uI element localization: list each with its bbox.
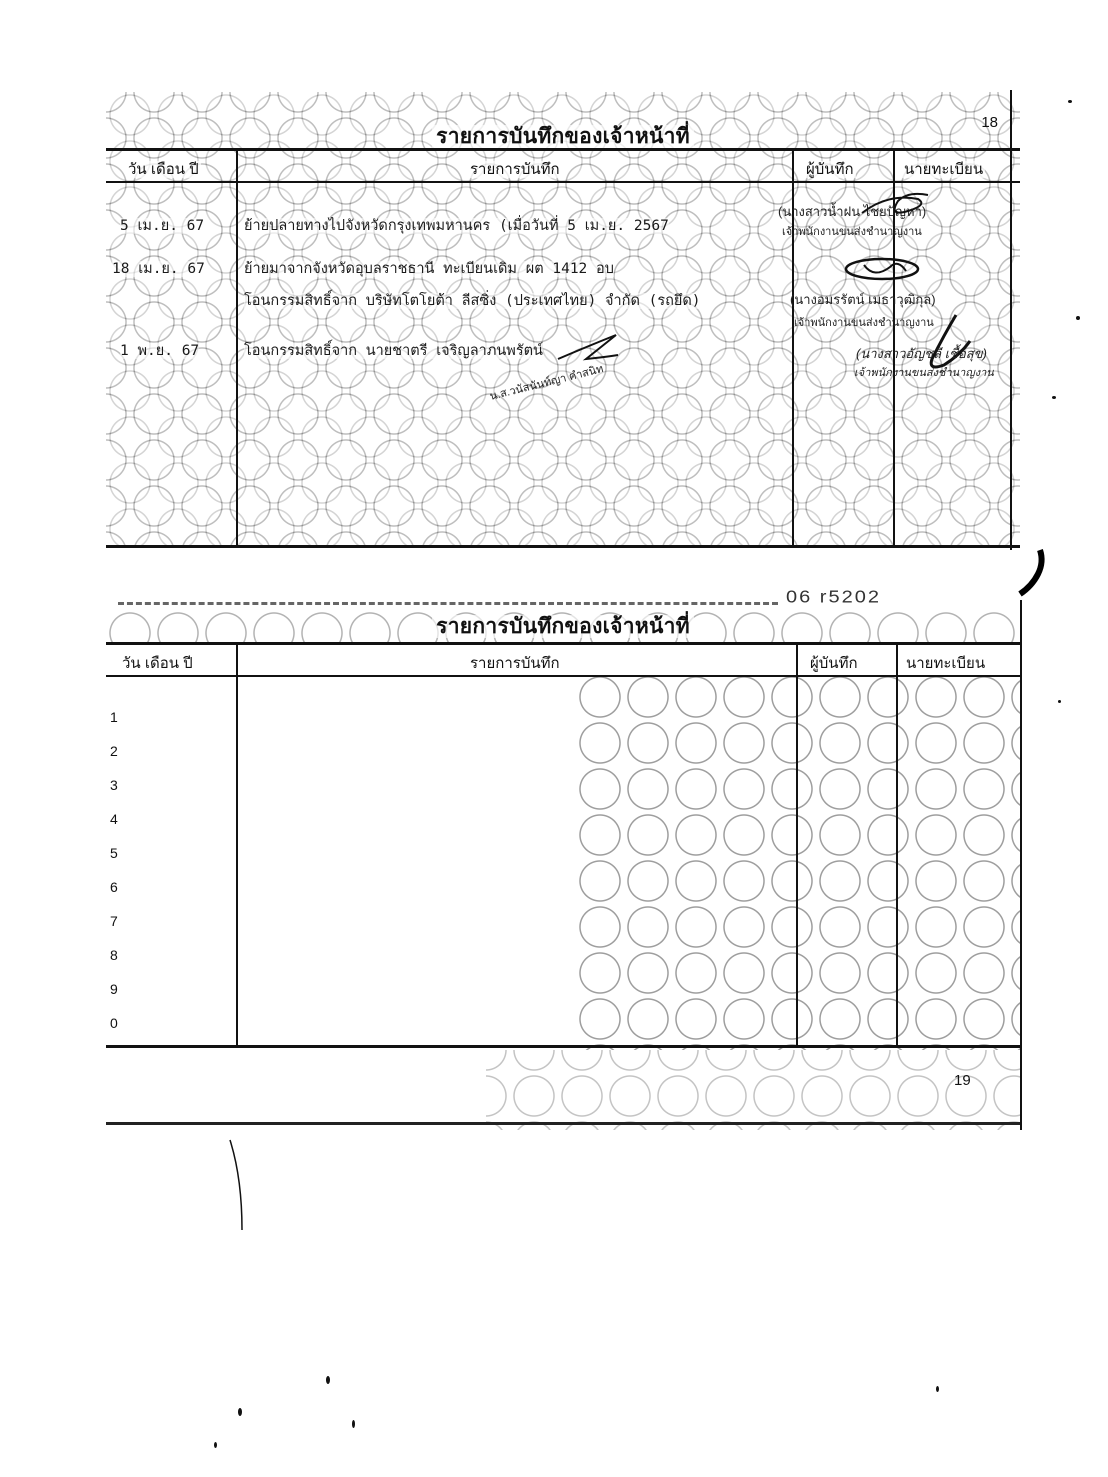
line-number-0: 0 (110, 1015, 118, 1031)
line-number-9: 9 (110, 981, 118, 997)
page-edge-line (1020, 600, 1022, 1130)
scan-speck (936, 1386, 939, 1392)
line-number-1: 1 (110, 709, 118, 725)
column-header-date: วัน เดือน ปี (126, 157, 201, 181)
scan-speck (352, 1420, 355, 1428)
line-number-7: 7 (110, 913, 118, 929)
page-title: รายการบันทึกของเจ้าหน้าที่ (106, 610, 1020, 643)
signature-3-name: (นางสาวอัญชลี เชื้อสุข) (856, 343, 987, 364)
record-page-19: รายการบันทึกของเจ้าหน้าที่ วัน เดือน ปี … (106, 610, 1020, 1130)
line-number-3: 3 (110, 777, 118, 793)
scan-speck (1052, 396, 1056, 399)
perforation-line (118, 602, 778, 605)
row-1-date: 5 เม.ย. 67 (120, 214, 204, 237)
column-header-recorder: ผู้บันทึก (804, 157, 856, 181)
serial-number-fragment: 06 r5202 (786, 587, 881, 608)
column-header-date: วัน เดือน ปี (120, 651, 195, 675)
row-4-entry: โอนกรรมสิทธิ์จาก นายชาตรี เจริญลาภนพรัตน… (244, 339, 543, 362)
row-3-entry: โอนกรรมสิทธิ์จาก บริษัทโตโยต้า ลีสซิ่ง (… (244, 289, 701, 312)
line-number-6: 6 (110, 879, 118, 895)
record-page-18: รายการบันทึกของเจ้าหน้าที่ 18 วัน เดือน … (106, 92, 1020, 547)
page-number: 18 (981, 114, 998, 131)
line-number-4: 4 (110, 811, 118, 827)
signature-1-position: เจ้าพนักงานขนส่งชำนาญงาน (782, 222, 922, 240)
scan-speck (326, 1376, 330, 1384)
handwritten-signature-mark (556, 329, 626, 369)
column-header-entry: รายการบันทึก (468, 157, 562, 181)
scan-speck (1068, 100, 1072, 103)
line-number-2: 2 (110, 743, 118, 759)
guilloche-background-footer (486, 1050, 1020, 1130)
page-number: 19 (954, 1072, 971, 1089)
officer-record-table: วัน เดือน ปี รายการบันทึก ผู้บันทึก นายท… (106, 148, 1020, 548)
row-2-entry: ย้ายมาจากจังหวัดอุบลราชธานี ทะเบียนเดิม … (244, 257, 614, 280)
page-bottom-edge (106, 1122, 1020, 1125)
row-2-date: 18 เม.ย. 67 (112, 257, 205, 280)
scan-speck (214, 1442, 217, 1448)
column-header-entry: รายการบันทึก (468, 651, 562, 675)
row-1-entry: ย้ายปลายทางไปจังหวัดกรุงเทพมหานคร (เมื่อ… (244, 214, 669, 237)
line-number-5: 5 (110, 845, 118, 861)
line-number-8: 8 (110, 947, 118, 963)
column-header-registrar: นายทะเบียน (902, 157, 985, 181)
column-header-recorder: ผู้บันทึก (808, 651, 860, 675)
page-edge-line (1010, 90, 1012, 550)
column-header-registrar: นายทะเบียน (904, 651, 987, 675)
ink-mark (1014, 548, 1050, 600)
scan-pen-stroke (228, 1138, 248, 1232)
signature-1-scribble (858, 191, 938, 221)
scan-speck (1076, 316, 1080, 320)
scan-speck (1058, 700, 1061, 703)
scan-speck (238, 1408, 242, 1416)
officer-record-table: วัน เดือน ปี รายการบันทึก ผู้บันทึก นายท… (106, 642, 1020, 1048)
row-4-date: 1 พ.ย. 67 (120, 339, 199, 362)
signature-3-position: เจ้าพนักงานขนส่งชำนาญงาน (854, 363, 994, 381)
